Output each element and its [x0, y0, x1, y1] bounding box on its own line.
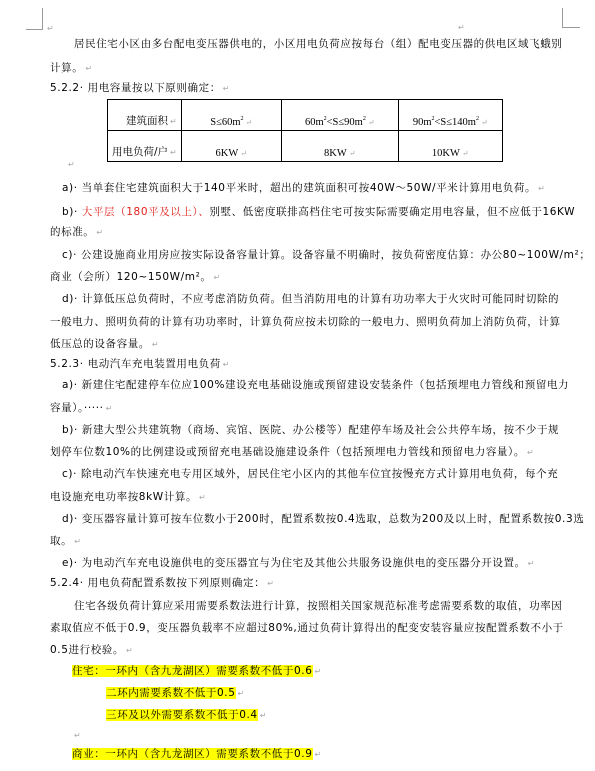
page-corner-mark-top-left: [26, 29, 43, 30]
table-cell: 90m2<S≤140m2↵: [398, 100, 502, 131]
intro-paragraph-line: 计算。↵: [50, 61, 93, 76]
list-item-a: a)· 当单套住宅建筑面积大于140平米时，超出的建筑面积可按40W～50W/平…: [62, 181, 545, 196]
load-capacity-table: 建筑面积↵ S≤60m2↵ 60m2<S≤90m2↵ 90m2<S≤140m2↵…: [107, 99, 503, 162]
section-heading-5-2-2: 5.2.2· 用电容量按以下原则确定：↵: [50, 81, 230, 96]
table-header-cell: 建筑面积↵: [108, 100, 182, 131]
intro-paragraph-line: 居民住宅小区由多台配电变压器供电的，小区用电负荷应按每台（组）配电变压器的供电区…: [74, 37, 562, 51]
table-cell: 10KW↵: [398, 131, 502, 162]
body-paragraph-line: 0.5进行校验。↵: [50, 643, 133, 658]
list-item-d-cont: 取。↵: [50, 534, 82, 549]
yellow-highlight-text: 商业：一环内（含九龙湖区）需要系数不低于0.9: [72, 748, 313, 760]
table-cell: S≤60m2↵: [181, 100, 281, 131]
list-item-b: b)· 大平层（180平及以上）、别墅、低密度联排高档住宅可按实际需要确定用电容…: [62, 205, 575, 219]
red-highlight-text: 大平层（180平及以上）、: [82, 206, 210, 218]
highlighted-line: 住宅：一环内（含九龙湖区）需要系数不低于0.6↵: [72, 664, 322, 679]
table-cell: 8KW↵: [281, 131, 398, 162]
yellow-highlight-text: 二环内需要系数不低于0.5: [106, 687, 236, 699]
highlighted-line: 二环内需要系数不低于0.5↵: [106, 686, 245, 701]
highlighted-line: 三环及以外需要系数不低于0.4↵: [106, 708, 267, 723]
section-heading-5-2-3: 5.2.3· 电动汽车充电装置用电负荷↵: [50, 357, 230, 372]
paragraph-mark-icon: ↵: [74, 731, 81, 740]
list-item-c: c)· 除电动汽车快速充电专用区域外，居民住宅小区内的其他车位宜按慢充方式计算用…: [62, 467, 558, 481]
section-heading-5-2-4: 5.2.4· 用电负荷配置系数按下列原则确定：↵: [50, 576, 275, 591]
highlighted-line: 商业：一环内（含九龙湖区）需要系数不低于0.9↵: [72, 747, 322, 762]
paragraph-mark-icon: ↵: [85, 64, 92, 73]
page-corner-mark-top-right: [562, 27, 580, 28]
table-row: 建筑面积↵ S≤60m2↵ 60m2<S≤90m2↵ 90m2<S≤140m2↵: [108, 100, 503, 131]
table-row: 用电负荷/户↵ 6KW↵ 8KW↵ 10KW↵: [108, 131, 503, 162]
body-paragraph-line: 住宅各级负荷计算应采用需要系数法进行计算，按照相关国家规范标准考虑需要系数的取值…: [74, 599, 562, 613]
list-item-d: d)· 计算低压总负荷时，不应考虑消防负荷。但当消防用电的计算有功功率大于火灾时…: [62, 292, 559, 306]
list-item-d-cont: 一般电力、照明负荷的计算有功功率时，计算负荷应按未切除的一般电力、照明负荷加上消…: [50, 315, 561, 329]
list-item-d: d)· 变压器容量计算可按车位数小于200时，配置系数按0.4选取，总数为200…: [62, 512, 584, 526]
page-corner-mark-top-left: [42, 8, 43, 30]
list-item-c-cont: 电设施充电功率按8kW计算。↵: [50, 490, 206, 505]
list-item-e: e)· 为电动汽车充电设施供电的变压器宜与为住宅及其他公共服务设施供电的变压器分…: [62, 556, 535, 571]
table-cell: 6KW↵: [181, 131, 281, 162]
list-item-c-cont: 商业（会所）120~150W/m²。↵: [50, 270, 221, 285]
list-item-a: a)· 新建住宅配建停车位应100%建设充电基础设施或预留建设安装条件（包括预埋…: [62, 378, 569, 392]
list-item-b: b)· 新建大型公共建筑物（商场、宾馆、医院、办公楼等）配建停车场及社会公共停车…: [62, 423, 559, 437]
body-paragraph-line: 素取值应不低于0.9，变压器负载率不应超过80%,通过负荷计算得出的配变安装容量…: [50, 621, 564, 635]
list-item-d-cont: 低压总的设备容量。↵: [50, 337, 159, 352]
paragraph-mark-icon: ↵: [458, 23, 465, 32]
yellow-highlight-text: 住宅：一环内（含九龙湖区）需要系数不低于0.6: [72, 665, 313, 677]
table-header-cell: 用电负荷/户↵: [108, 131, 182, 162]
yellow-highlight-text: 三环及以外需要系数不低于0.4: [106, 709, 258, 721]
list-item-a-cont: 容量）。·····↵: [50, 401, 113, 416]
paragraph-mark-icon: ↵: [47, 24, 54, 33]
table-cell: 60m2<S≤90m2↵: [281, 100, 398, 131]
paragraph-mark-icon: ↵: [68, 160, 75, 169]
page-corner-mark-top-right: [562, 8, 563, 28]
list-item-c: c)· 公建设施商业用房应按实际设备容量计算。设备容量不明确时，按负荷密度估算：…: [62, 248, 590, 262]
paragraph-mark-icon: ↵: [223, 84, 230, 93]
list-item-b-cont: 的标准。↵: [50, 225, 104, 240]
list-item-b-cont: 划停车位数10%的比例建设或预留充电基础设施建设条件（包括预埋电力管线和预留电力…: [50, 445, 534, 460]
